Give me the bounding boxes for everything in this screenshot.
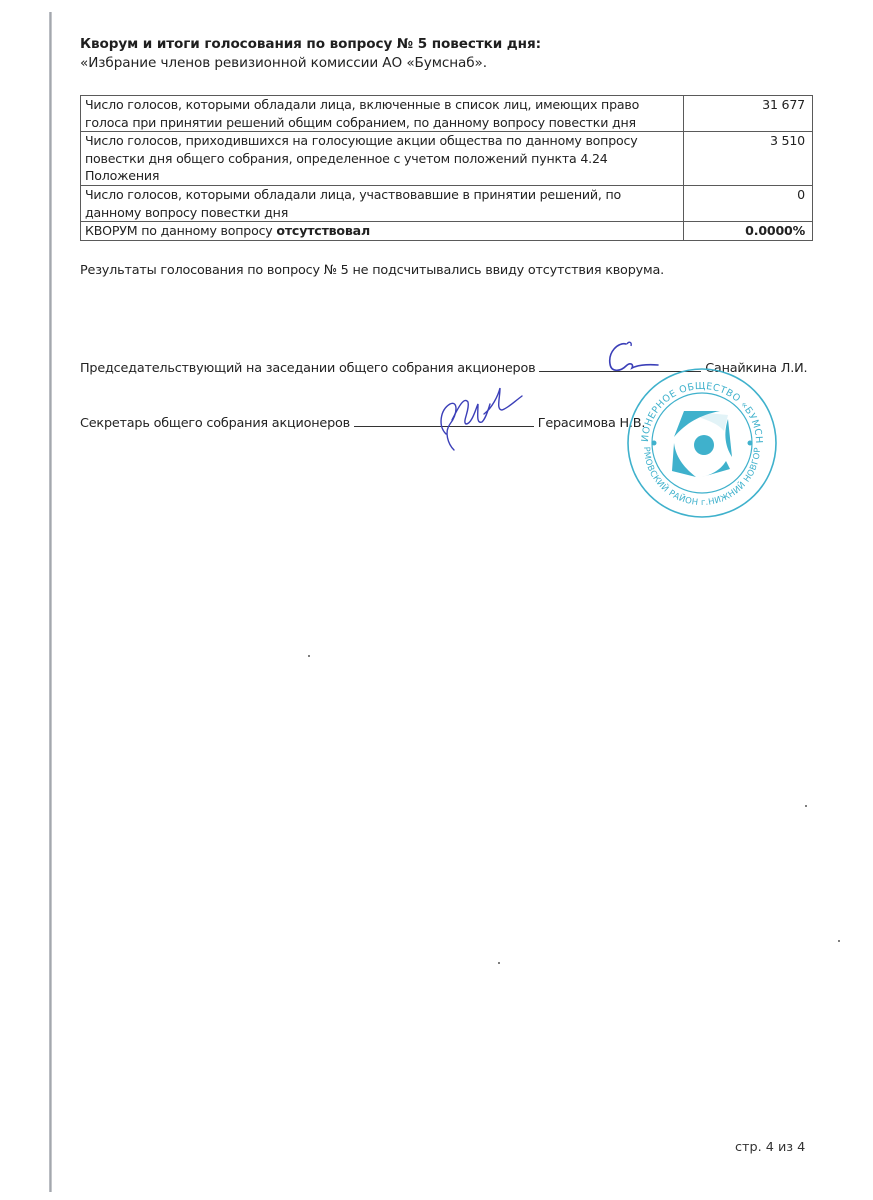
scan-speck [805,805,807,807]
table-row: Число голосов, которыми обладали лица, в… [81,96,813,132]
row-label: Число голосов, которыми обладали лица, у… [81,186,684,222]
quorum-percent: 0.0000% [684,222,813,241]
table-row: Число голосов, приходившихся на голосующ… [81,132,813,186]
table-row: Число голосов, которыми обладали лица, у… [81,186,813,222]
chairman-role: Председательствующий на заседании общего… [80,361,535,376]
scan-edge [49,12,52,1192]
row-label: Число голосов, которыми обладали лица, в… [81,96,684,132]
page-number: стр. 4 из 4 [735,1140,805,1155]
stamp-outer-text: АКЦИОНЕРНОЕ ОБЩЕСТВО «БУМСНАБ» [624,365,764,444]
row-value: 31 677 [684,96,813,132]
scan-speck [838,940,840,942]
result-note: Результаты голосования по вопросу № 5 не… [80,263,664,278]
svg-text:АКЦИОНЕРНОЕ ОБЩЕСТВО «БУМСНАБ»: АКЦИОНЕРНОЕ ОБЩЕСТВО «БУМСНАБ» [624,365,764,444]
row-value: 3 510 [684,132,813,186]
secretary-signature-line: Секретарь общего собрания акционеров Гер… [80,414,645,431]
section-title: Кворум и итоги голосования по вопросу № … [80,36,541,52]
scan-speck [308,655,310,657]
quorum-label-prefix: КВОРУМ по данному вопросу [85,223,276,238]
scan-speck [498,962,500,964]
quorum-label: КВОРУМ по данному вопросу отсутствовал [81,222,684,241]
agenda-item-title: «Избрание членов ревизионной комиссии АО… [80,55,487,71]
row-label: Число голосов, приходившихся на голосующ… [81,132,684,186]
quorum-row: КВОРУМ по данному вопросу отсутствовал 0… [81,222,813,241]
company-stamp: АКЦИОНЕРНОЕ ОБЩЕСТВО «БУМСНАБ» СОРМОВСКИ… [624,365,780,521]
quorum-status: отсутствовал [276,223,370,238]
row-value: 0 [684,186,813,222]
quorum-table: Число голосов, которыми обладали лица, в… [80,95,813,241]
secretary-role: Секретарь общего собрания акционеров [80,416,350,431]
signature-blank [354,414,534,427]
